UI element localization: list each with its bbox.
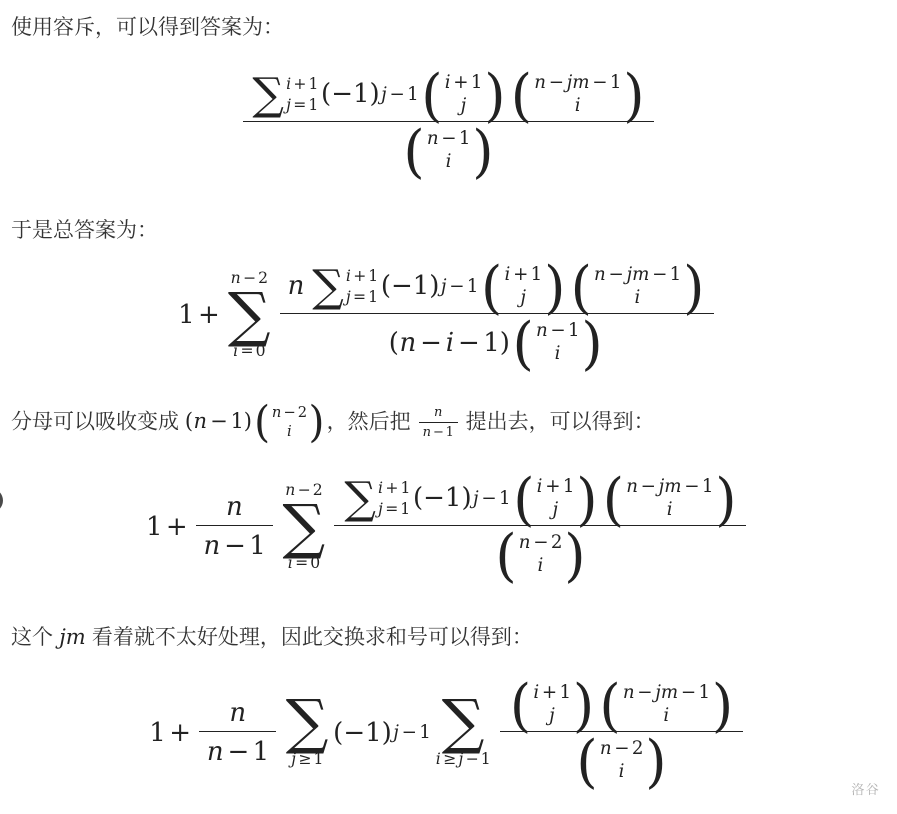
denominator: (n−2i) [334,525,746,581]
math-token: n [534,72,546,95]
math-operator: = [383,500,400,518]
math-token: jm [566,72,590,95]
math-operator: + [351,267,368,285]
inline-math: nn−1 [416,409,459,433]
math-token: n [622,682,634,705]
math-operator: − [343,718,365,748]
math-operator: − [207,409,230,433]
math-token: j [441,276,447,297]
superscript: j−1 [393,724,431,742]
math-token: n [203,530,221,563]
binomial-top: n−1 [427,128,471,151]
math-token: 1 [471,72,483,95]
math-token: i [537,555,544,578]
binomial: (i+1j) [513,474,597,524]
math-operator: − [455,327,484,360]
math-token: n [287,270,305,303]
text-run: 看着就不太好处理，因此交换求和号可以得到： [86,626,533,649]
math-operator: − [439,128,459,151]
close-paren: ) [715,473,736,525]
display-formula-1: ∑i+1j=1(−1)j−1(i+1j)(n−jm−1i)(n−1i) [0,68,897,178]
sum-upper-limit: i+1 [346,266,379,287]
math-operator: − [679,682,699,705]
binomial-entries: n−jm−1i [621,682,712,728]
binomial-top: n−jm−1 [534,72,622,95]
math-token: ( [333,718,343,748]
sum-inline: ∑i+1j=1 [252,73,318,117]
numerator: ∑i+1j=1(−1)j−1(i+1j)(n−jm−1i) [243,68,655,121]
math-operator: ≥ [296,749,313,770]
math-operator: − [224,736,253,769]
math-operator: − [282,404,298,422]
denominator: (n−i−1)(n−1i) [280,313,714,369]
open-paren: ( [571,261,592,313]
sum-lower-limit: j=1 [346,287,378,308]
math-token: n [626,476,638,499]
binomial-entries: n−jm−1i [592,264,683,310]
binomial-bottom: i [618,761,625,784]
binomial-top: n−2 [518,532,562,555]
open-paren: ( [495,529,516,581]
sum-display: ∑j≥1 [286,696,329,770]
math-operator: + [511,264,531,287]
binomial-bottom: i [634,287,641,310]
binomial: (n−2i) [576,736,666,786]
superscript: j−1 [473,490,511,508]
math-operator: − [464,749,481,770]
text-run: 分母可以吸收变成 [11,411,185,434]
math-token: 1 [178,300,195,330]
math-operator: − [638,476,658,499]
binomial-top: i+1 [444,72,482,95]
math-token: 1) [230,409,252,433]
close-paren: ) [309,403,325,442]
numerator: n [199,696,276,732]
binomial-entries: n−jm−1i [532,72,623,118]
binomial-top: n−2 [600,738,644,761]
fraction: n∑i+1j=1(−1)j−1(i+1j)(n−jm−1i)(n−i−1)(n−… [280,260,714,370]
math-operator: − [479,488,499,509]
math-token: n [600,738,612,761]
math-token: jm [59,625,86,649]
paragraph-4: 这个 jm 看着就不太好处理，因此交换求和号可以得到： [0,622,897,654]
math-token: ( [321,78,331,111]
math-token: 1) [365,718,392,748]
binomial: (n−1i) [512,318,602,368]
binomial-entries: n−2i [517,532,565,578]
close-paren: ) [472,125,493,177]
open-paren: ( [510,679,531,731]
math-operator: + [291,75,308,93]
sum-lower-limit: j=1 [286,95,318,116]
binomial-top: n−2 [272,404,308,422]
open-paren: ( [421,69,442,121]
binomial-entries: n−2i [270,404,308,441]
text-run: 这个 [11,626,59,649]
math-token: 1 [670,264,682,287]
open-paren: ( [513,473,534,525]
math-token: 1 [400,479,410,497]
binomial-bottom: j [520,287,526,310]
close-paren: ) [581,317,602,369]
math-operator: − [650,264,670,287]
open-paren: ( [481,261,502,313]
denominator: n−1 [199,731,276,770]
binomial-bottom: i [554,343,561,366]
close-paren: ) [712,679,733,731]
text-run: ，然后把 [327,411,417,434]
math-operator: + [451,72,471,95]
math-token: n [229,697,247,730]
binomial-top: i+1 [536,476,574,499]
binomial-entries: n−1i [425,128,473,174]
math-operator: − [682,476,702,499]
binomial: (n−jm−1i) [571,262,705,312]
open-paren: ( [403,125,424,177]
denominator: n−1 [419,422,458,442]
binomial-top: i+1 [504,264,542,287]
math-token: ( [381,270,391,303]
binomial-entries: n−2i [598,738,646,784]
sum-icon: ∑ [442,696,485,749]
fraction: (i+1j)(n−jm−1i)(n−2i) [500,678,743,788]
math-operator: − [531,532,551,555]
math-token: jm [658,476,682,499]
close-paren: ) [544,261,565,313]
open-paren: ( [511,69,532,121]
display-formula-3: 1+nn−1n−2∑i=0∑i+1j=1(−1)j−1(i+1j)(n−jm−1… [0,472,897,582]
math-token: 1 [702,476,714,499]
paragraph-3: 分母可以吸收变成 (n−1)(n−2i)，然后把 nn−1 提出去，可以得到： [0,404,897,442]
math-token: i [663,705,670,728]
binomial-bottom: i [663,705,670,728]
binomial-top: n−1 [536,320,580,343]
sum-lower-limit: j=1 [378,499,410,520]
math-operator: − [387,84,407,105]
math-token: i [445,327,454,360]
math-operator: = [351,288,368,306]
sum-icon: ∑ [252,73,284,117]
math-token: 1 [481,749,491,770]
math-token: i [574,95,581,118]
math-operator: ≥ [441,749,458,770]
math-token: 2 [632,738,644,761]
binomial-bottom: i [287,423,292,441]
math-token: 1 [407,84,419,105]
close-paren: ) [645,735,666,787]
document-page: 使用容斥，可以得到答案为： ∑i+1j=1(−1)j−1(i+1j)(n−jm−… [0,0,897,814]
math-token: j [460,95,466,118]
math-token: 1 [146,512,163,542]
binomial: (n−1i) [403,126,493,176]
math-operator: + [166,718,195,748]
sum-icon: ∑ [312,265,344,309]
math-token: n [226,491,244,524]
math-token: 1) [413,270,440,303]
math-token: 2 [298,404,307,422]
open-paren: ( [254,403,270,442]
math-token: 1 [467,276,479,297]
fraction: ∑i+1j=1(−1)j−1(i+1j)(n−jm−1i)(n−1i) [243,68,655,178]
math-operator: − [431,425,445,441]
math-token: 1) [353,78,380,111]
math-operator: − [417,327,446,360]
sum-icon: ∑ [344,477,376,521]
sum-upper-limit: i+1 [378,478,411,499]
open-paren: ( [576,735,597,787]
sum-lower-limit: i=0 [287,553,320,574]
math-token: n [536,320,548,343]
math-token: 1 [531,264,543,287]
denominator: n−1 [196,525,273,564]
math-token: n [399,327,417,360]
math-token: 1) [445,482,472,515]
sum-upper-limit: i+1 [286,74,319,95]
sum-limits: i+1j=1 [286,74,319,116]
binomial-bottom: j [552,499,558,522]
math-token: 1 [499,488,511,509]
math-token: 1 [459,128,471,151]
sum-lower-limit: i≥j−1 [435,749,490,770]
text-run: 于是总答案为： [11,219,158,242]
math-token: i [634,287,641,310]
fraction: nn−1 [196,490,273,564]
sum-display: ∑i≥j−1 [435,696,490,770]
math-operator: − [606,264,626,287]
binomial-entries: i+1j [535,476,577,522]
sum-lower-limit: i=0 [233,341,266,362]
math-token: n [434,405,443,421]
fraction: nn−1 [199,696,276,770]
inline-math: jm [59,625,86,649]
luogu-watermark: 洛谷 [851,779,880,798]
math-operator: − [423,482,445,515]
math-operator: − [447,276,467,297]
numerator: ∑i+1j=1(−1)j−1(i+1j)(n−jm−1i) [334,472,746,525]
binomial: (i+1j) [421,70,505,120]
numerator: n∑i+1j=1(−1)j−1(i+1j)(n−jm−1i) [280,260,714,313]
math-token: 0 [310,553,320,574]
math-operator: + [383,479,400,497]
math-operator: + [162,512,191,542]
binomial-bottom: i [666,499,673,522]
math-token: ( [389,327,399,360]
math-token: 0 [256,341,266,362]
binomial-entries: n−1i [534,320,582,366]
math-token: 1 [610,72,622,95]
math-operator: − [399,722,419,743]
close-paren: ) [573,679,594,731]
binomial-bottom: i [537,555,544,578]
math-operator: + [540,682,560,705]
math-token: i [445,151,452,174]
math-operator: − [612,738,632,761]
open-paren: ( [603,473,624,525]
superscript: j−1 [381,86,419,104]
fraction: nn−1 [419,404,458,442]
math-token: i [287,423,292,441]
math-token: n [206,736,224,769]
paragraph-1: 使用容斥，可以得到答案为： [0,13,897,44]
sum-inline: ∑i+1j=1 [344,477,410,521]
sum-display: n−2∑i=0 [282,480,325,575]
binomial-top: n−jm−1 [594,264,682,287]
binomial-entries: i+1j [502,264,544,310]
math-token: 1 [313,749,323,770]
close-paren: ) [576,473,597,525]
sum-icon: ∑ [282,501,325,554]
superscript: j−1 [441,278,479,296]
math-token: 1 [698,682,710,705]
numerator: (i+1j)(n−jm−1i) [500,678,743,731]
math-token: j [520,287,526,310]
math-operator: − [590,72,610,95]
open-paren: ( [599,679,620,731]
close-paren: ) [623,69,644,121]
math-token: 1 [563,476,575,499]
numerator: n [196,490,273,526]
math-token: i [554,343,561,366]
display-formula-2: 1+n−2∑i=0n∑i+1j=1(−1)j−1(i+1j)(n−jm−1i)(… [0,260,897,370]
math-token: i [618,761,625,784]
binomial: (n−jm−1i) [603,474,737,524]
math-token: 1) [483,327,510,360]
math-token: jm [655,682,679,705]
binomial-top: i+1 [533,682,571,705]
math-token: n [427,128,439,151]
math-token: i [666,499,673,522]
binomial-entries: n−jm−1i [624,476,715,522]
math-token: 1 [419,722,431,743]
binomial-bottom: i [445,151,452,174]
binomial-bottom: j [549,705,555,728]
sum-display: n−2∑i=0 [228,268,271,363]
math-operator: = [293,553,310,574]
math-token: 1 [149,718,166,748]
math-operator: − [331,78,353,111]
math-operator: + [195,300,224,330]
close-paren: ) [484,69,505,121]
binomial-bottom: j [460,95,466,118]
math-operator: − [546,72,566,95]
text-run: 使用容斥，可以得到答案为： [11,16,284,39]
binomial-top: n−jm−1 [622,682,710,705]
math-token: n [422,425,431,441]
math-token: n [272,404,282,422]
math-token: 1 [308,96,318,114]
binomial-bottom: i [574,95,581,118]
math-token: n [193,409,207,433]
math-operator: − [635,682,655,705]
math-token: 2 [551,532,563,555]
math-token: 1 [368,288,378,306]
math-token: 1 [253,736,270,769]
math-token: 1 [309,75,319,93]
math-token: jm [626,264,650,287]
binomial: (i+1j) [481,262,565,312]
fraction: ∑i+1j=1(−1)j−1(i+1j)(n−jm−1i)(n−2i) [334,472,746,582]
math-token: 1 [368,267,378,285]
math-token: ( [413,482,423,515]
binomial-top: n−jm−1 [626,476,714,499]
inline-math: (n−1)(n−2i) [185,409,327,433]
denominator: (n−2i) [500,731,743,787]
sum-icon: ∑ [286,696,329,749]
math-operator: − [391,270,413,303]
math-operator: − [548,320,568,343]
binomial: (n−2i) [254,404,324,442]
math-operator: + [543,476,563,499]
math-token: 1 [249,530,266,563]
numerator: n [419,404,458,422]
sum-lower-limit: j≥1 [291,749,323,770]
math-operator: = [291,96,308,114]
math-token: n [518,532,530,555]
math-token: n [594,264,606,287]
math-token: 1 [400,500,410,518]
binomial-entries: i+1j [531,682,573,728]
math-token: 1 [568,320,580,343]
display-formula-4: 1+nn−1∑j≥1(−1)j−1∑i≥j−1(i+1j)(n−jm−1i)(n… [0,678,897,788]
math-operator: − [221,530,250,563]
math-operator: = [238,341,255,362]
binomial: (i+1j) [510,680,594,730]
binomial: (n−2i) [495,530,585,580]
open-paren: ( [512,317,533,369]
math-token: j [552,499,558,522]
binomial: (n−jm−1i) [599,680,733,730]
sum-icon: ∑ [228,289,271,342]
close-paren: ) [564,529,585,581]
paragraph-2: 于是总答案为： [0,216,897,247]
math-token: j [549,705,555,728]
sum-limits: i+1j=1 [346,266,379,308]
close-paren: ) [683,261,704,313]
math-token: 1 [559,682,571,705]
math-token: ( [185,409,193,433]
binomial: (n−jm−1i) [511,70,645,120]
math-token: 1 [446,425,454,441]
binomial-entries: i+1j [443,72,485,118]
sum-limits: i+1j=1 [378,478,411,520]
text-run: 提出去，可以得到： [460,411,655,434]
sum-inline: ∑i+1j=1 [312,265,378,309]
denominator: (n−1i) [243,121,655,177]
